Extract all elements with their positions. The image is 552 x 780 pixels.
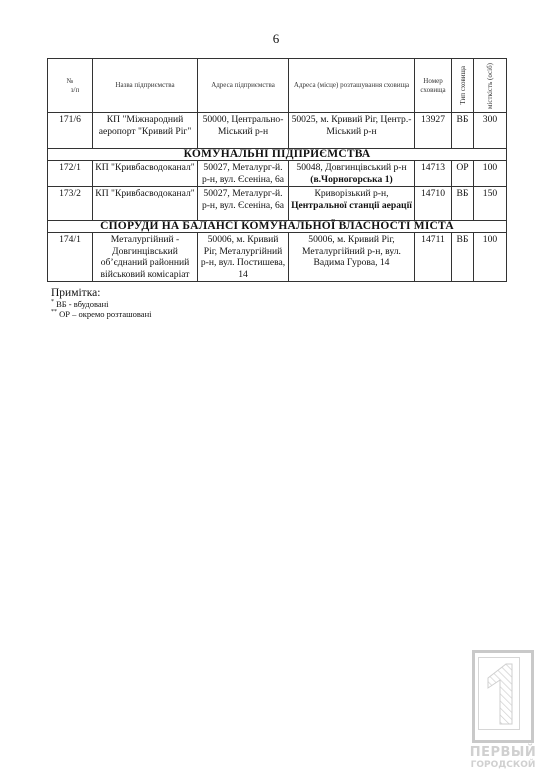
cell-name: КП "Міжнародний аеропорт "Кривий Ріг" [93, 113, 198, 149]
cell-location: Криворізький р-н, Центральної станції ае… [289, 187, 415, 221]
cell-location: 50006, м. Кривий Ріг, Металургійний р-н,… [289, 233, 415, 282]
cell-name: КП "Кривбасводоканал" [93, 161, 198, 187]
section-title-communal: КОМУНАЛЬНІ ПІДПРИЄМСТВА [48, 149, 507, 161]
location-bold-text: (в.Чорногорська 1) [291, 174, 412, 186]
cell-type: ВБ [452, 187, 474, 221]
table-row: 171/6 КП "Міжнародний аеропорт "Кривий Р… [48, 113, 507, 149]
page-number: 6 [0, 31, 552, 47]
location-text: 50048, Довгинцівський р-н [291, 162, 412, 174]
watermark-logo: ПЕРВЫЙ ГОРОДСКОЙ [468, 650, 538, 776]
cell-capacity: 300 [474, 113, 507, 149]
note-mark: * [51, 299, 54, 305]
note-text: ОР – окремо розташовані [59, 309, 151, 319]
cell-num: 171/6 [48, 113, 93, 149]
header-number-sub: з/п [50, 86, 90, 95]
location-bold-text: Центральної станції аерації [291, 200, 412, 212]
cell-num: 172/1 [48, 161, 93, 187]
cell-location: 50025, м. Кривий Ріг, Центр.-Міський р-н [289, 113, 415, 149]
note-item: * ВБ - вбудовані [51, 299, 151, 309]
cell-type: ВБ [452, 113, 474, 149]
notes: Примітка: * ВБ - вбудовані ** ОР – окрем… [51, 288, 151, 319]
section-header-row: СПОРУДИ НА БАЛАНСІ КОМУНАЛЬНОЇ ВЛАСНОСТІ… [48, 221, 507, 233]
header-number: № з/п [48, 59, 93, 113]
header-capacity-text: місткість (осіб) [486, 63, 494, 109]
notes-title: Примітка: [51, 288, 151, 298]
header-capacity: місткість (осіб) [474, 59, 507, 113]
table-row: 174/1 Металургійний - Довгинцівський об’… [48, 233, 507, 282]
header-address: Адреса підприємства [198, 59, 289, 113]
cell-num: 173/2 [48, 187, 93, 221]
note-item: ** ОР – окремо розташовані [51, 309, 151, 319]
cell-type: ОР [452, 161, 474, 187]
header-type-text: Тип сховища [459, 66, 467, 105]
cell-shelter-number: 14710 [415, 187, 452, 221]
cell-address: 50006, м. Кривий Ріг, Металургійний р-н,… [198, 233, 289, 282]
table-header-row: № з/п Назва підприємства Адреса підприєм… [48, 59, 507, 113]
location-text: Криворізький р-н, [291, 188, 412, 200]
cell-name: КП "Кривбасводоканал" [93, 187, 198, 221]
header-number-symbol: № [67, 77, 74, 85]
table-row: 172/1 КП "Кривбасводоканал" 50027, Метал… [48, 161, 507, 187]
cell-num: 174/1 [48, 233, 93, 282]
cell-name: Металургійний - Довгинцівський об’єднани… [93, 233, 198, 282]
cell-address: 50000, Центрально-Міський р-н [198, 113, 289, 149]
cell-capacity: 100 [474, 233, 507, 282]
number-one-icon [482, 662, 518, 726]
section-header-row: КОМУНАЛЬНІ ПІДПРИЄМСТВА [48, 149, 507, 161]
cell-location: 50048, Довгинцівський р-н (в.Чорногорськ… [289, 161, 415, 187]
cell-address: 50027, Металург-й. р-н, вул. Єсеніна, 6а [198, 187, 289, 221]
header-location: Адреса (місце) розташування сховища [289, 59, 415, 113]
logo-text-line1: ПЕРВЫЙ [468, 745, 538, 760]
cell-shelter-number: 14711 [415, 233, 452, 282]
note-mark: ** [51, 309, 57, 315]
header-name: Назва підприємства [93, 59, 198, 113]
section-title-city-property: СПОРУДИ НА БАЛАНСІ КОМУНАЛЬНОЇ ВЛАСНОСТІ… [48, 221, 507, 233]
cell-shelter-number: 14713 [415, 161, 452, 187]
table-row: 173/2 КП "Кривбасводоканал" 50027, Метал… [48, 187, 507, 221]
cell-shelter-number: 13927 [415, 113, 452, 149]
header-shelter-number: Номер сховища [415, 59, 452, 113]
header-type: Тип сховища [452, 59, 474, 113]
shelters-table: № з/п Назва підприємства Адреса підприєм… [47, 58, 507, 282]
cell-address: 50027, Металург-й. р-н, вул. Єсеніна, 6а [198, 161, 289, 187]
cell-capacity: 150 [474, 187, 507, 221]
logo-text-line2: ГОРОДСКОЙ [468, 760, 538, 770]
cell-type: ВБ [452, 233, 474, 282]
cell-capacity: 100 [474, 161, 507, 187]
note-text: ВБ - вбудовані [56, 299, 108, 309]
